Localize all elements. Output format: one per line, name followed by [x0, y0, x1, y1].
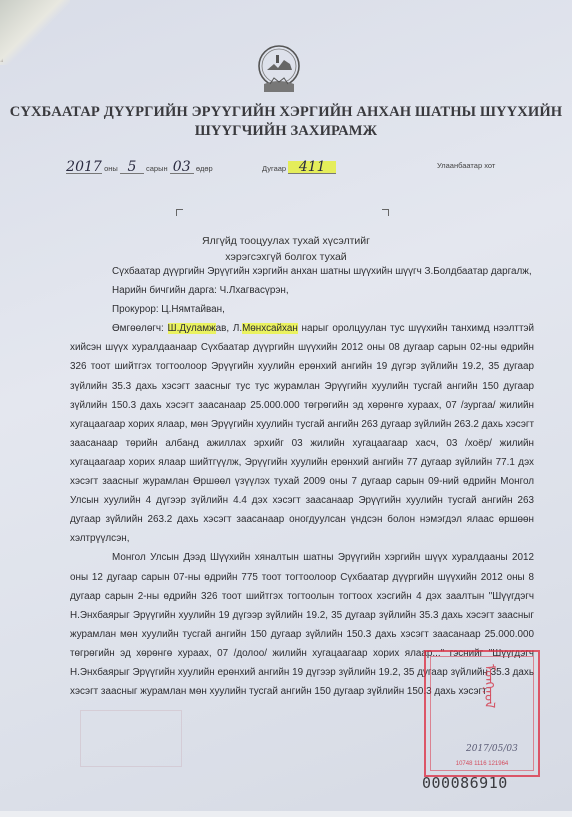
bracket-left: [176, 209, 183, 216]
number-label: Дугаар: [262, 164, 286, 173]
year-label: оны: [104, 164, 118, 173]
subject-heading: Ялгүйд тооцуулах тухай хүсэлтийг хэрэгсэ…: [0, 233, 572, 265]
document-title: СҮХБААТАР ДҮҮРГИЙН ЭРҮҮГИЙН ХЭРГИЙН АНХА…: [0, 103, 572, 141]
subject-line-1: Ялгүйд тооцуулах тухай хүсэлтийг: [0, 233, 572, 249]
scan-bottom-edge: [0, 811, 572, 817]
paragraph-advocates: Өмгөөлөгч: Ш.Дуламжав, Л.Мөнхсайхан нары…: [70, 319, 534, 548]
page-fold: [0, 0, 70, 65]
stamp-mongol-script: ᠮᠣᠩᠭᠣᠯ: [488, 664, 502, 744]
title-line-1: СҮХБААТАР ДҮҮРГИЙН ЭРҮҮГИЙН ХЭРГИЙН АНХА…: [0, 103, 572, 122]
serial-number: 000086910: [422, 774, 508, 792]
document-body: Сүхбаатар дүүргийн Эрүүгийн хэргийн анха…: [70, 262, 534, 701]
month-label: сарын: [146, 164, 168, 173]
paragraph-prosecutor: Прокурор: Ц.Нямтайван,: [70, 300, 534, 319]
day-label: өдөр: [196, 164, 213, 173]
number-value: 411: [288, 161, 336, 174]
highlighted-name-2: Мөнхсайхан: [242, 323, 298, 334]
day-value: 03: [170, 161, 194, 174]
stamp-handwriting: 2017/05/03: [466, 744, 518, 754]
paragraph-judge: Сүхбаатар дүүргийн Эрүүгийн хэргийн анха…: [70, 262, 534, 281]
number-field: Дугаар 411: [262, 161, 336, 174]
date-field: 2017 оны 5 сарын 03 өдөр: [66, 161, 213, 174]
stamp-code: 10748 1116 121964: [431, 761, 533, 767]
title-line-2: ШҮҮГЧИЙН ЗАХИРАМЖ: [0, 122, 572, 141]
advocates-rest: нарыг оролцуулан тус шүүхийн танхимд нээ…: [70, 323, 534, 544]
bracket-right: [382, 209, 389, 216]
paragraph-secretary: Нарийн бичгийн дарга: Ч.Лхагвасүрэн,: [70, 281, 534, 300]
state-emblem-icon: [252, 42, 306, 100]
bleed-through-box: [80, 710, 182, 767]
city-label: Улаанбаатар хот: [437, 161, 495, 170]
advocates-label: Өмгөөлөгч:: [112, 323, 168, 334]
advocates-text: ав, Л.: [216, 323, 242, 334]
red-stamp: ᠮᠣᠩᠭᠣᠯ 2017/05/03 10748 1116 121964: [424, 650, 540, 777]
month-value: 5: [120, 161, 144, 174]
highlighted-name-1: Ш.Дуламж: [168, 323, 216, 334]
year-value: 2017: [66, 161, 102, 174]
scan-edge: [0, 0, 3, 62]
